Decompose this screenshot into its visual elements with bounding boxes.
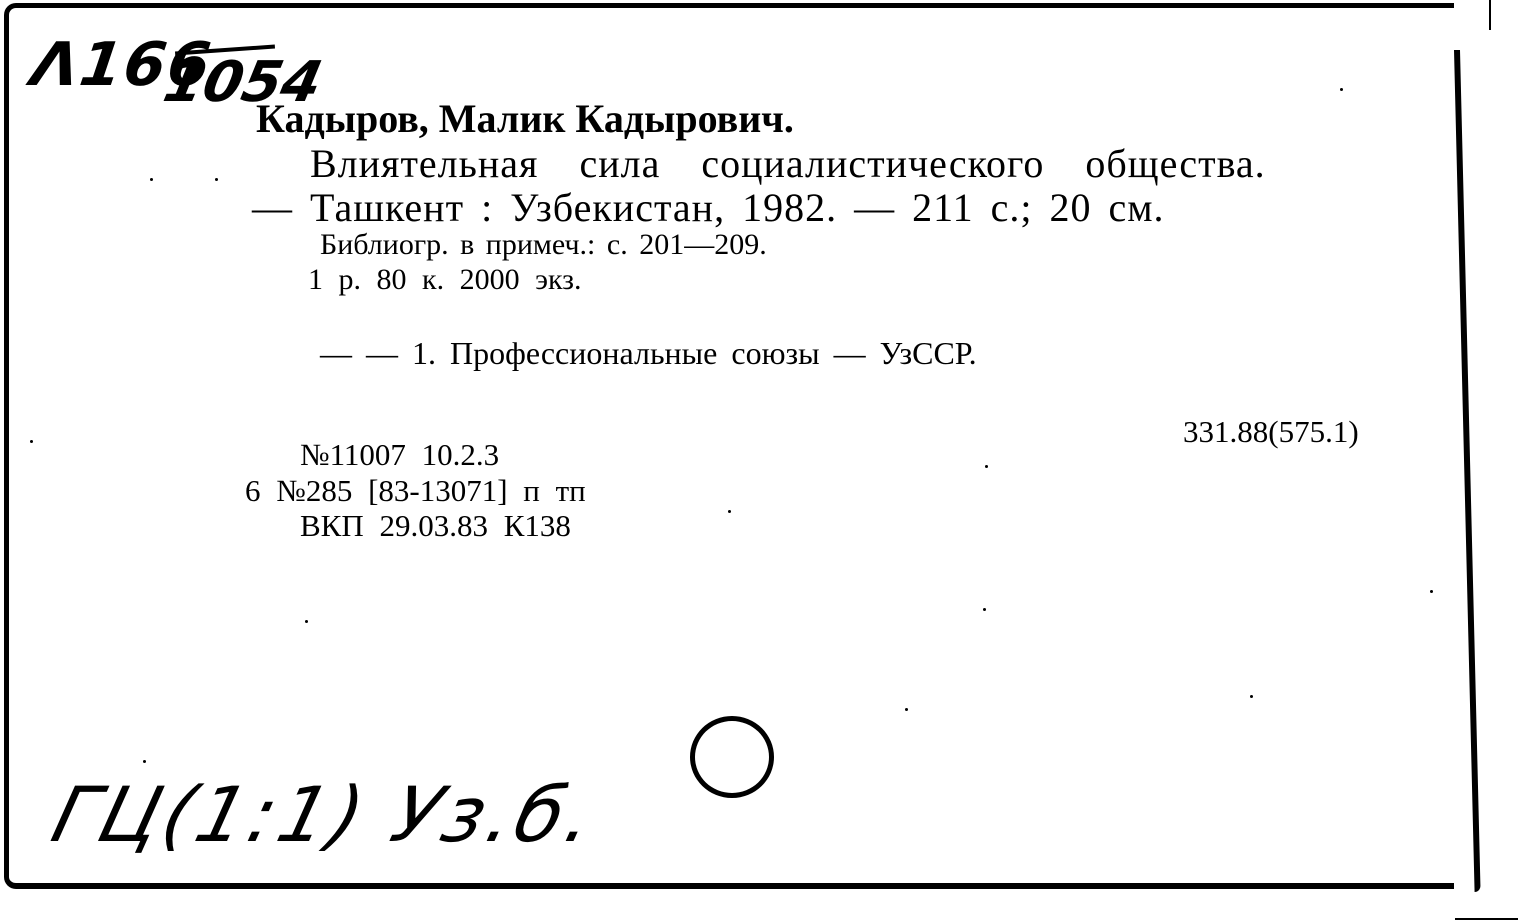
bibliography-note: Библиогр. в примеч.: с. 201—209. <box>320 228 767 262</box>
classification-code: 331.88(575.1) <box>1183 414 1359 450</box>
scan-speck <box>1430 590 1433 593</box>
scan-speck <box>30 440 33 443</box>
subject-heading: — — 1. Профессиональные союзы — УзССР. <box>320 335 977 372</box>
price-and-print-run: 1 р. 80 к. 2000 экз. <box>308 263 581 297</box>
scan-speck <box>985 465 988 468</box>
publication-info: — Ташкент : Узбекистан, 1982. — 211 с.; … <box>252 184 1165 231</box>
handwritten-location-code: ГЦ(1:1) Уз.б. <box>44 770 607 859</box>
scan-speck <box>728 510 731 513</box>
author-heading: Кадыров, Малик Кадырович. <box>256 95 794 142</box>
card-right-border <box>1454 50 1481 892</box>
scan-speck <box>1250 695 1253 698</box>
card-punch-hole <box>690 716 774 798</box>
registration-line: ВКП 29.03.83 К138 <box>300 508 571 544</box>
registration-line: №11007 10.2.3 <box>300 437 499 473</box>
scan-speck <box>1340 88 1343 91</box>
scan-speck <box>905 708 908 711</box>
book-title: Влиятельная сила социалистического общес… <box>310 140 1266 187</box>
scan-speck <box>150 178 153 181</box>
scan-speck <box>143 760 146 763</box>
scan-speck <box>215 178 218 181</box>
card-edge-mark <box>1489 0 1491 30</box>
scan-speck <box>983 608 986 611</box>
scan-speck <box>305 620 308 623</box>
registration-line: 6 №285 [83-13071] п тп <box>245 473 586 509</box>
